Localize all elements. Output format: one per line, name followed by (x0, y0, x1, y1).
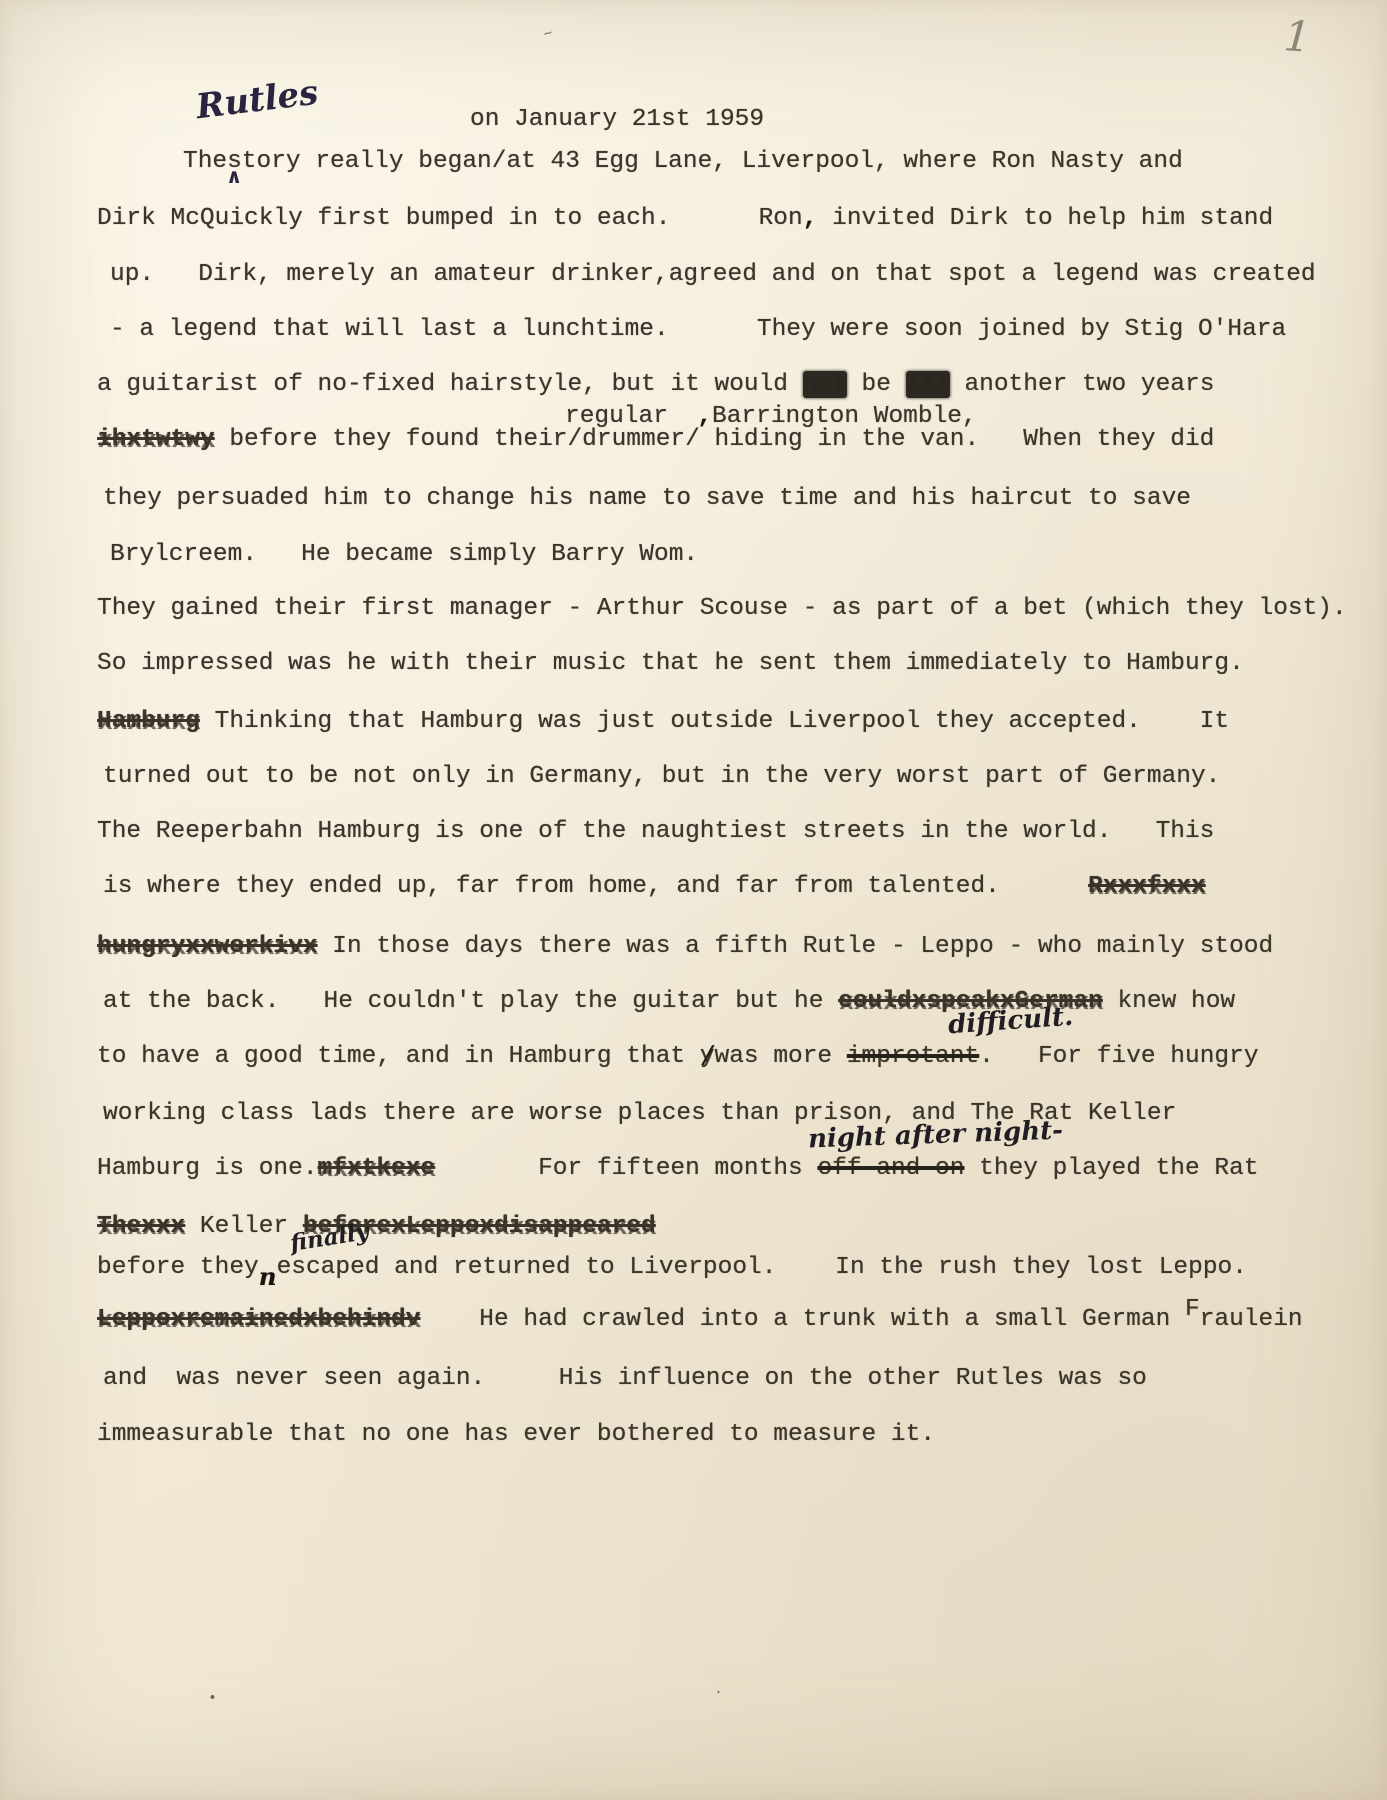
text-segment: up. Dirk, merely an amateur drinker,agre… (110, 261, 1316, 288)
text-segment: is where they ended up, far from home, a… (103, 873, 1088, 900)
handwritten-mark: , (803, 205, 818, 232)
struck-out-text: Thexxx (97, 1213, 185, 1240)
text-segment: to have a good time, and in Hamburg that (97, 1043, 700, 1070)
text-segment: For fifteen months (435, 1155, 817, 1182)
text-segment: Brylcreem. He became simply Barry Wom. (110, 541, 698, 568)
struck-out-text: hungryxxworkivx (97, 933, 318, 960)
text-segment: was more (715, 1043, 847, 1070)
typed-line-23: before theynescaped and returned to Live… (97, 1250, 1247, 1284)
insertion-caret: ∧ (226, 164, 242, 188)
text-segment: raulein (1200, 1306, 1303, 1333)
typed-line-10: Brylcreem. He became simply Barry Wom. (110, 540, 698, 571)
text-segment: at the back. He couldn't play the guitar… (103, 988, 838, 1015)
typed-line-21: Hamburg is one.mfxtkexe For fifteen mont… (97, 1154, 1259, 1185)
struck-out-text: Leppoxremainedxbehindv (97, 1306, 420, 1333)
typed-line-22: Thexxx Keller beforexLeppoxdisappeared (97, 1212, 656, 1243)
typed-line-3: Dirk McQuickly first bumped in to each. … (97, 204, 1273, 235)
text-segment: So impressed was he with their music tha… (97, 650, 1244, 677)
typed-line-9: they persuaded him to change his name to… (103, 484, 1191, 515)
typed-line-16: is where they ended up, far from home, a… (103, 872, 1206, 903)
text-segment: invited Dirk to help him stand (817, 205, 1273, 232)
text-segment: knew how (1103, 988, 1235, 1015)
text-segment: - a legend that will last a lunchtime. T… (110, 316, 1286, 343)
typed-line-25: and was never seen again. His influence … (103, 1364, 1147, 1395)
typed-line-15: The Reeperbahn Hamburg is one of the nau… (97, 817, 1214, 848)
text-segment: they played the Rat (964, 1155, 1258, 1182)
typed-line-4: up. Dirk, merely an amateur drinker,agre… (110, 260, 1316, 291)
text-segment: Hamburg is one. (97, 1155, 318, 1182)
text-segment: . For five hungry (979, 1043, 1258, 1070)
text-segment: and was never seen again. His influence … (103, 1365, 1147, 1392)
text-segment: be (847, 371, 906, 398)
typed-line-24: Leppoxremainedxbehindv He had crawled in… (97, 1305, 1303, 1336)
text-segment: before they found their/drummer/ hiding … (215, 426, 1215, 453)
text-segment: The (183, 148, 227, 175)
text-segment: He had crawled into a trunk with a small… (420, 1306, 1185, 1333)
struck-out-text: Hamburg (97, 708, 200, 735)
text-segment: They gained their first manager - Arthur… (97, 595, 1347, 622)
scanned-manuscript-page: { "page": { "description": "Typewritten … (0, 0, 1387, 1800)
raised-char: F (1185, 1296, 1200, 1323)
typed-line-1: on January 21st 1959 (470, 105, 764, 136)
text-segment: a guitarist of no-fixed hairstyle, but i… (97, 371, 803, 398)
slashed-char: y (700, 1043, 715, 1070)
ink-blot-text: XXX (906, 371, 950, 398)
struck-out-text: mfxtkexe (318, 1155, 436, 1182)
text-segment: turned out to be not only in Germany, bu… (103, 763, 1220, 790)
paper-speck: · (714, 1684, 723, 1701)
text-segment: immeasurable that no one has ever bother… (97, 1421, 935, 1448)
text-segment: on January 21st 1959 (470, 106, 764, 133)
typed-line-19: to have a good time, and in Hamburg that… (97, 1042, 1259, 1073)
typed-line-26: immeasurable that no one has ever bother… (97, 1420, 935, 1451)
text-segment: The Reeperbahn Hamburg is one of the nau… (97, 818, 1214, 845)
text-segment: before they (97, 1254, 259, 1281)
paper-speck: • (208, 1690, 217, 1707)
text-segment: Keller (185, 1213, 303, 1240)
caret-insert-letter: n (259, 1262, 277, 1291)
hand-struck-text: improtant (847, 1043, 979, 1070)
typed-line-17: hungryxxworkivx In those days there was … (97, 932, 1273, 963)
typed-line-8: ihxtwtwy before they found their/drummer… (97, 425, 1214, 456)
text-segment: escaped and returned to Liverpool. In th… (277, 1254, 1247, 1281)
hand-struck-text: off and on (817, 1155, 964, 1182)
handwritten-note: Rutles (194, 73, 320, 128)
page-number-annotation: 1 (1282, 11, 1312, 62)
text-segment: Thinking that Hamburg was just outside L… (200, 708, 1229, 735)
typed-line-5: - a legend that will last a lunchtime. T… (110, 315, 1286, 346)
typed-line-12: So impressed was he with their music tha… (97, 649, 1244, 680)
struck-out-text: Rxxxfxxx (1088, 873, 1206, 900)
text-segment: another two years (950, 371, 1215, 398)
text-segment: Dirk McQuickly first bumped in to each. … (97, 205, 803, 232)
text-segment: story really began/at 43 Egg Lane, Liver… (227, 148, 1183, 175)
typed-line-13: Hamburg Thinking that Hamburg was just o… (97, 707, 1229, 738)
text-segment: they persuaded him to change his name to… (103, 485, 1191, 512)
ink-blot-text: not (803, 371, 847, 398)
typed-line-2: Thestory really began/at 43 Egg Lane, Li… (183, 147, 1183, 178)
typed-line-14: turned out to be not only in Germany, bu… (103, 762, 1220, 793)
paper-speck: ~ (541, 25, 555, 44)
typed-line-6: a guitarist of no-fixed hairstyle, but i… (97, 370, 1214, 401)
typed-line-11: They gained their first manager - Arthur… (97, 594, 1347, 625)
text-segment: In those days there was a fifth Rutle - … (318, 933, 1274, 960)
struck-out-text: ihxtwtwy (97, 426, 215, 453)
